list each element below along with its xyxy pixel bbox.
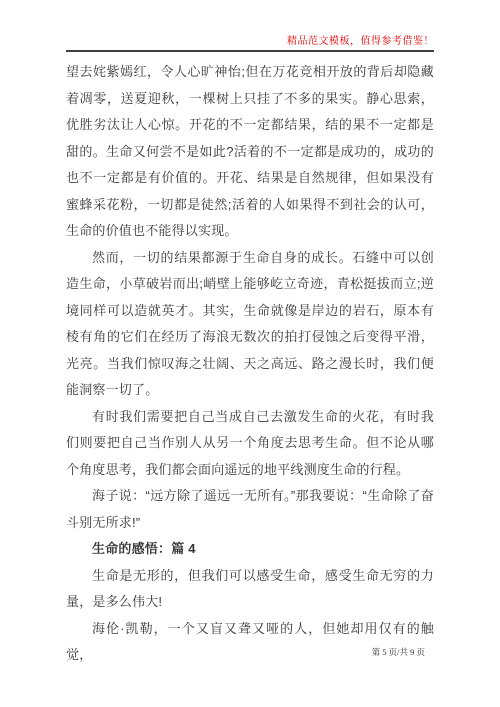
header-slogan: 精品范文模板，值得参考借鉴！ [287,32,434,47]
section-heading: 生命的感悟：篇 4 [66,536,434,563]
paragraph: 生命是无形的，但我们可以感受生命，感受生命无穷的力量，是多么伟大! [66,563,434,616]
paragraph: 有时我们需要把自己当成自己去激发生命的火花，有时我们则要把自己当作别人从另一个角… [66,404,434,484]
header-rule-divider [66,50,434,52]
document-page: 精品范文模板，值得参考借鉴！ 望去姹紫嫣红，令人心旷神怡;但在万花竞相开放的背后… [0,0,500,707]
paragraph: 海子说：“远方除了遥远一无所有。”那我要说：“生命除了奋斗别无所求!” [66,483,434,536]
paragraph: 望去姹紫嫣红，令人心旷神怡;但在万花竞相开放的背后却隐藏着凋零，送夏迎秋，一棵树… [66,59,434,245]
page-number-footer: 第 5 页/共 9 页 [372,646,425,658]
document-body: 望去姹紫嫣红，令人心旷神怡;但在万花竞相开放的背后却隐藏着凋零，送夏迎秋，一棵树… [66,59,434,669]
paragraph: 海伦·凯勒，一个又盲又聋又哑的人，但她却用仅有的触觉， [66,616,434,669]
paragraph: 然而，一切的结果都源于生命自身的成长。石缝中可以创造生命，小草破岩而出;峭壁上能… [66,245,434,404]
